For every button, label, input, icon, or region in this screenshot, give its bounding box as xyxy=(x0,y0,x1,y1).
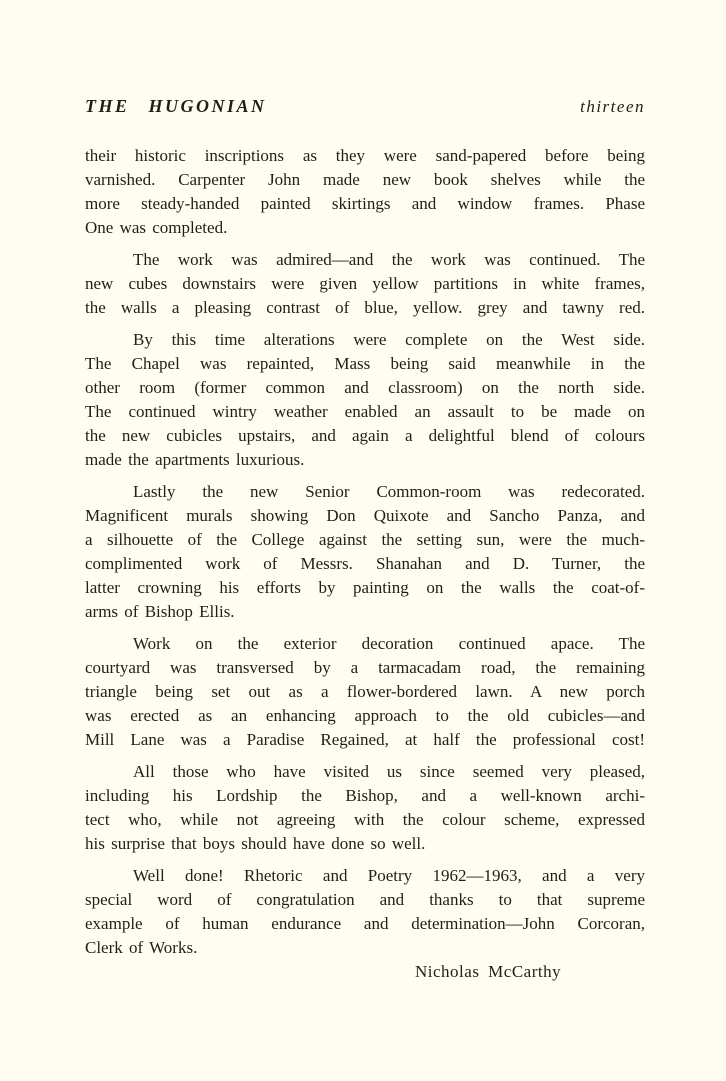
page-content: THE HUGONIAN thirteen their historic ins… xyxy=(0,0,726,984)
text-line: example of human endurance and determina… xyxy=(85,912,645,936)
text-line: courtyard was transversed by a tarmacada… xyxy=(85,656,645,680)
text-line: made the apartments luxurious. xyxy=(85,448,645,472)
text-line: his surprise that boys should have done … xyxy=(85,832,645,856)
paragraph: The work was admired—and the work was co… xyxy=(85,248,645,320)
paragraph: All those who have visited us since seem… xyxy=(85,760,645,856)
page-header: THE HUGONIAN thirteen xyxy=(85,95,645,118)
text-line: their historic inscriptions as they were… xyxy=(85,144,645,168)
paragraph: Lastly the new Senior Common-room was re… xyxy=(85,480,645,624)
text-line: Work on the exterior decoration continue… xyxy=(85,632,645,656)
text-line: By this time alterations were complete o… xyxy=(85,328,645,352)
paragraph: Work on the exterior decoration continue… xyxy=(85,632,645,752)
text-line: other room (former common and classroom)… xyxy=(85,376,645,400)
text-line: special word of congratulation and thank… xyxy=(85,888,645,912)
text-line: The continued wintry weather enabled an … xyxy=(85,400,645,424)
text-line: complimented work of Messrs. Shanahan an… xyxy=(85,552,645,576)
text-line: new cubes downstairs were given yellow p… xyxy=(85,272,645,296)
journal-title: THE HUGONIAN xyxy=(85,95,267,117)
text-line: a silhouette of the College against the … xyxy=(85,528,645,552)
text-line: the new cubicles upstairs, and again a d… xyxy=(85,424,645,448)
paragraph: their historic inscriptions as they were… xyxy=(85,144,645,240)
body-paragraphs: their historic inscriptions as they were… xyxy=(85,144,645,960)
text-line: Mill Lane was a Paradise Regained, at ha… xyxy=(85,728,645,752)
text-line: the walls a pleasing contrast of blue, y… xyxy=(85,296,645,320)
text-line: varnished. Carpenter John made new book … xyxy=(85,168,645,192)
page-number: thirteen xyxy=(580,96,645,118)
author-signature: Nicholas McCarthy xyxy=(85,960,645,984)
text-line: latter crowning his efforts by painting … xyxy=(85,576,645,600)
paragraph: Well done! Rhetoric and Poetry 1962—1963… xyxy=(85,864,645,960)
text-line: Magnificent murals showing Don Quixote a… xyxy=(85,504,645,528)
text-line: was erected as an enhancing approach to … xyxy=(85,704,645,728)
text-line: including his Lordship the Bishop, and a… xyxy=(85,784,645,808)
text-line: Lastly the new Senior Common-room was re… xyxy=(85,480,645,504)
text-line: Clerk of Works. xyxy=(85,936,645,960)
paragraph: By this time alterations were complete o… xyxy=(85,328,645,472)
text-line: arms of Bishop Ellis. xyxy=(85,600,645,624)
text-line: All those who have visited us since seem… xyxy=(85,760,645,784)
text-line: The work was admired—and the work was co… xyxy=(85,248,645,272)
text-line: tect who, while not agreeing with the co… xyxy=(85,808,645,832)
scanned-page: THE HUGONIAN thirteen their historic ins… xyxy=(0,0,726,1081)
text-line: more steady-handed painted skirtings and… xyxy=(85,192,645,216)
text-line: triangle being set out as a flower-borde… xyxy=(85,680,645,704)
text-line: Well done! Rhetoric and Poetry 1962—1963… xyxy=(85,864,645,888)
text-line: One was completed. xyxy=(85,216,645,240)
text-line: The Chapel was repainted, Mass being sai… xyxy=(85,352,645,376)
